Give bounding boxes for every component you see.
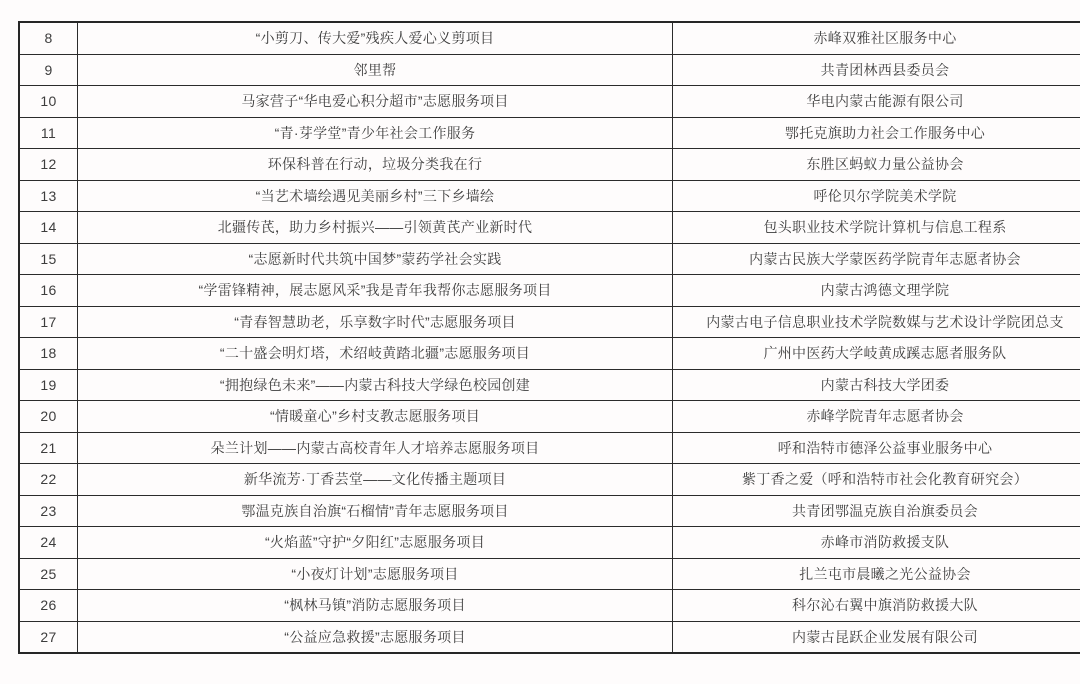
project-name: “拥抱绿色未来”——内蒙古科技大学绿色校园创建 xyxy=(78,369,673,401)
organization-name: 内蒙古昆跃企业发展有限公司 xyxy=(673,621,1080,653)
project-name: 朵兰计划——内蒙古高校青年人才培养志愿服务项目 xyxy=(78,432,673,464)
row-number: 10 xyxy=(19,86,78,118)
row-number: 18 xyxy=(19,338,78,370)
row-number: 14 xyxy=(19,212,78,244)
project-name: 新华流芳·丁香芸堂——文化传播主题项目 xyxy=(78,464,673,496)
organization-name: 共青团鄂温克族自治旗委员会 xyxy=(673,495,1080,527)
row-number: 24 xyxy=(19,527,78,559)
row-number: 26 xyxy=(19,590,78,622)
row-number: 23 xyxy=(19,495,78,527)
organization-name: 包头职业技术学院计算机与信息工程系 xyxy=(673,212,1080,244)
organization-name: 东胜区蚂蚁力量公益协会 xyxy=(673,149,1080,181)
project-name: “火焰蓝”守护“夕阳红”志愿服务项目 xyxy=(78,527,673,559)
organization-name: 呼和浩特市德泽公益事业服务中心 xyxy=(673,432,1080,464)
table-row: 15 “志愿新时代共筑中国梦”蒙药学社会实践 内蒙古民族大学蒙医药学院青年志愿者… xyxy=(19,243,1080,275)
table-row: 9 邻里帮 共青团林西县委员会 xyxy=(19,54,1080,86)
organization-name: 紫丁香之爱（呼和浩特市社会化教育研究会） xyxy=(673,464,1080,496)
table-row: 17 “青春智慧助老，乐享数字时代”志愿服务项目 内蒙古电子信息职业技术学院数媒… xyxy=(19,306,1080,338)
row-number: 25 xyxy=(19,558,78,590)
organization-name: 华电内蒙古能源有限公司 xyxy=(673,86,1080,118)
table-row: 10 马家营子“华电爱心积分超市”志愿服务项目 华电内蒙古能源有限公司 xyxy=(19,86,1080,118)
project-name: 环保科普在行动，垃圾分类我在行 xyxy=(78,149,673,181)
organization-name: 赤峰学院青年志愿者协会 xyxy=(673,401,1080,433)
project-name: “志愿新时代共筑中国梦”蒙药学社会实践 xyxy=(78,243,673,275)
row-number: 20 xyxy=(19,401,78,433)
table-body: 8 “小剪刀、传大爱”残疾人爱心义剪项目 赤峰双雅社区服务中心 9 邻里帮 共青… xyxy=(19,22,1080,653)
row-number: 11 xyxy=(19,117,78,149)
table-row: 8 “小剪刀、传大爱”残疾人爱心义剪项目 赤峰双雅社区服务中心 xyxy=(19,22,1080,54)
project-name: “枫林马镇”消防志愿服务项目 xyxy=(78,590,673,622)
table-row: 12 环保科普在行动，垃圾分类我在行 东胜区蚂蚁力量公益协会 xyxy=(19,149,1080,181)
project-name: “公益应急救援”志愿服务项目 xyxy=(78,621,673,653)
table-row: 11 “青·芽学堂”青少年社会工作服务 鄂托克旗助力社会工作服务中心 xyxy=(19,117,1080,149)
organization-name: 赤峰市消防救援支队 xyxy=(673,527,1080,559)
organization-name: 呼伦贝尔学院美术学院 xyxy=(673,180,1080,212)
row-number: 12 xyxy=(19,149,78,181)
project-name: “小剪刀、传大爱”残疾人爱心义剪项目 xyxy=(78,22,673,54)
organization-name: 广州中医药大学岐黄成蹊志愿者服务队 xyxy=(673,338,1080,370)
row-number: 17 xyxy=(19,306,78,338)
project-name: “小夜灯计划”志愿服务项目 xyxy=(78,558,673,590)
row-number: 16 xyxy=(19,275,78,307)
project-name: “当艺术墙绘遇见美丽乡村”三下乡墙绘 xyxy=(78,180,673,212)
organization-name: 赤峰双雅社区服务中心 xyxy=(673,22,1080,54)
project-name: “二十盛会明灯塔，术绍岐黄踏北疆”志愿服务项目 xyxy=(78,338,673,370)
project-name: “青春智慧助老，乐享数字时代”志愿服务项目 xyxy=(78,306,673,338)
project-name: “青·芽学堂”青少年社会工作服务 xyxy=(78,117,673,149)
row-number: 13 xyxy=(19,180,78,212)
table-row: 18 “二十盛会明灯塔，术绍岐黄踏北疆”志愿服务项目 广州中医药大学岐黄成蹊志愿… xyxy=(19,338,1080,370)
table-row: 21 朵兰计划——内蒙古高校青年人才培养志愿服务项目 呼和浩特市德泽公益事业服务… xyxy=(19,432,1080,464)
project-name: 邻里帮 xyxy=(78,54,673,86)
organization-name: 内蒙古鸿德文理学院 xyxy=(673,275,1080,307)
volunteer-projects-table: 8 “小剪刀、传大爱”残疾人爱心义剪项目 赤峰双雅社区服务中心 9 邻里帮 共青… xyxy=(18,21,1080,654)
table-row: 20 “情暖童心”乡村支教志愿服务项目 赤峰学院青年志愿者协会 xyxy=(19,401,1080,433)
table-row: 14 北疆传芪，助力乡村振兴——引领黄芪产业新时代 包头职业技术学院计算机与信息… xyxy=(19,212,1080,244)
organization-name: 内蒙古民族大学蒙医药学院青年志愿者协会 xyxy=(673,243,1080,275)
organization-name: 科尔沁右翼中旗消防救援大队 xyxy=(673,590,1080,622)
row-number: 15 xyxy=(19,243,78,275)
table-row: 25 “小夜灯计划”志愿服务项目 扎兰屯市晨曦之光公益协会 xyxy=(19,558,1080,590)
project-name: 北疆传芪，助力乡村振兴——引领黄芪产业新时代 xyxy=(78,212,673,244)
table-row: 26 “枫林马镇”消防志愿服务项目 科尔沁右翼中旗消防救援大队 xyxy=(19,590,1080,622)
table-row: 22 新华流芳·丁香芸堂——文化传播主题项目 紫丁香之爱（呼和浩特市社会化教育研… xyxy=(19,464,1080,496)
project-name: “学雷锋精神，展志愿风采”我是青年我帮你志愿服务项目 xyxy=(78,275,673,307)
table-row: 27 “公益应急救援”志愿服务项目 内蒙古昆跃企业发展有限公司 xyxy=(19,621,1080,653)
row-number: 9 xyxy=(19,54,78,86)
project-name: 马家营子“华电爱心积分超市”志愿服务项目 xyxy=(78,86,673,118)
row-number: 27 xyxy=(19,621,78,653)
volunteer-projects-table-container: 8 “小剪刀、传大爱”残疾人爱心义剪项目 赤峰双雅社区服务中心 9 邻里帮 共青… xyxy=(18,21,1080,654)
table-row: 13 “当艺术墙绘遇见美丽乡村”三下乡墙绘 呼伦贝尔学院美术学院 xyxy=(19,180,1080,212)
project-name: “情暖童心”乡村支教志愿服务项目 xyxy=(78,401,673,433)
organization-name: 鄂托克旗助力社会工作服务中心 xyxy=(673,117,1080,149)
organization-name: 内蒙古电子信息职业技术学院数媒与艺术设计学院团总支 xyxy=(673,306,1080,338)
organization-name: 内蒙古科技大学团委 xyxy=(673,369,1080,401)
row-number: 22 xyxy=(19,464,78,496)
project-name: 鄂温克族自治旗“石榴情”青年志愿服务项目 xyxy=(78,495,673,527)
table-row: 19 “拥抱绿色未来”——内蒙古科技大学绿色校园创建 内蒙古科技大学团委 xyxy=(19,369,1080,401)
organization-name: 扎兰屯市晨曦之光公益协会 xyxy=(673,558,1080,590)
row-number: 19 xyxy=(19,369,78,401)
table-row: 16 “学雷锋精神，展志愿风采”我是青年我帮你志愿服务项目 内蒙古鸿德文理学院 xyxy=(19,275,1080,307)
row-number: 8 xyxy=(19,22,78,54)
table-row: 23 鄂温克族自治旗“石榴情”青年志愿服务项目 共青团鄂温克族自治旗委员会 xyxy=(19,495,1080,527)
organization-name: 共青团林西县委员会 xyxy=(673,54,1080,86)
table-row: 24 “火焰蓝”守护“夕阳红”志愿服务项目 赤峰市消防救援支队 xyxy=(19,527,1080,559)
row-number: 21 xyxy=(19,432,78,464)
